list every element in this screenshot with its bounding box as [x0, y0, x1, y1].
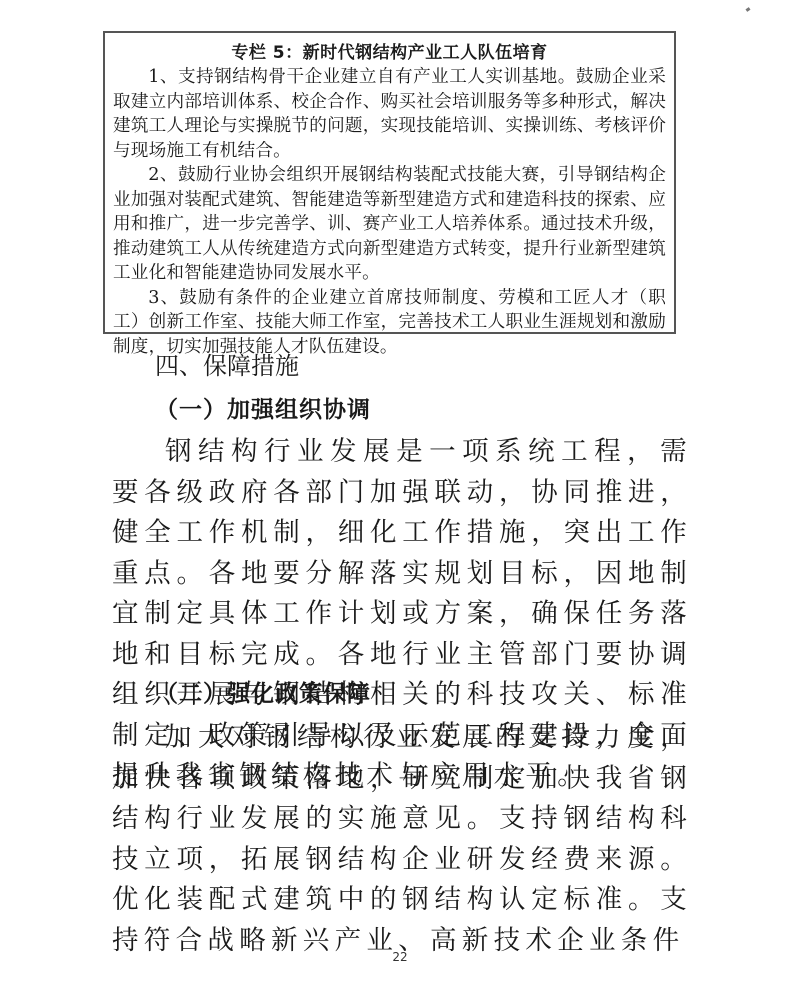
subsection-heading-2: （二）强化政策保障: [155, 678, 371, 710]
page-number: 22: [0, 950, 800, 964]
column-box-item-3: 3、鼓励有条件的企业建立首席技师制度、劳模和工匠人才（职工）创新工作室、技能大师…: [113, 286, 666, 360]
column-box-item-2: 2、鼓励行业协会组织开展钢结构装配式技能大赛，引导钢结构企业加强对装配式建筑、智…: [113, 163, 666, 286]
section-heading: 四、保障措施: [155, 350, 299, 382]
subsection-body-2: 加大对钢结构行业发展的支持力度，加快各项政策落地，研究制定加快我省钢结构行业发展…: [112, 718, 692, 961]
scan-artifact-mark: [746, 7, 751, 12]
column-box-item-1: 1、支持钢结构骨干企业建立自有产业工人实训基地。鼓励企业采取建立内部培训体系、校…: [113, 65, 666, 163]
column-box: 专栏 5：新时代钢结构产业工人队伍培育 1、支持钢结构骨干企业建立自有产业工人实…: [103, 31, 676, 334]
column-box-title: 专栏 5：新时代钢结构产业工人队伍培育: [113, 41, 666, 65]
subsection-heading-1: （一）加强组织协调: [155, 394, 371, 426]
